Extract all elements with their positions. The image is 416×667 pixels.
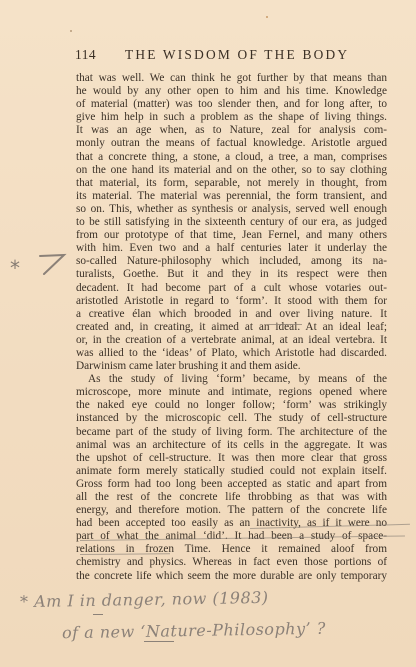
text-line: the concrete life which seem the more du… bbox=[76, 570, 387, 583]
handwritten-note-line-1: * Am I in danger, now (1983) bbox=[20, 588, 269, 611]
text-line: or, in the creation of a vertebrate anim… bbox=[76, 334, 387, 347]
text-line: animal was an architecture of its cells … bbox=[76, 439, 387, 452]
text-line: of material (matter) was too slender the… bbox=[76, 98, 387, 111]
text-line: that material, its form, separable, not … bbox=[76, 177, 387, 190]
text-line: microscope, more minute and intimate, re… bbox=[76, 386, 387, 399]
body-text: that was well. We can think he got furth… bbox=[76, 72, 387, 583]
running-title: THE WISDOM OF THE BODY bbox=[125, 47, 349, 63]
text-line: a creative élan which brooded in and ove… bbox=[76, 308, 387, 321]
text-line: so-called Nature-philosophy which includ… bbox=[76, 255, 387, 268]
pencil-underline-I bbox=[93, 614, 103, 615]
text-line: turalists, Goethe. But it and they in it… bbox=[76, 268, 387, 281]
text-line: chemistry and physics. Whereas in fact e… bbox=[76, 556, 387, 569]
pencil-underline-ideal bbox=[268, 324, 302, 325]
asterisk-margin-mark: * bbox=[10, 256, 20, 280]
text-line: aristotled Aristotle in regard to ‘form’… bbox=[76, 295, 387, 308]
text-line: As the study of living ‘form’ became, by… bbox=[76, 373, 387, 386]
text-line: to be still satisfying in the sixteenth … bbox=[76, 216, 387, 229]
pencil-arrow-icon bbox=[36, 252, 68, 276]
text-line: decadent. It had become part of a cult w… bbox=[76, 282, 387, 295]
arrow-margin-mark-icon bbox=[36, 252, 68, 280]
text-line: the naked eye could no longer follow; ‘f… bbox=[76, 399, 387, 412]
text-line: created and, in creating, it aimed at an… bbox=[76, 321, 387, 334]
text-line: give him help in such a problem as the s… bbox=[76, 111, 387, 124]
text-line: became part of the study of living form.… bbox=[76, 426, 387, 439]
paper-speck bbox=[266, 16, 268, 18]
text-line: monly outran the means of factual knowle… bbox=[76, 137, 387, 150]
text-line: that a concrete thing, a stone, a cloud,… bbox=[76, 151, 387, 164]
page-header: 114 THE WISDOM OF THE BODY bbox=[75, 47, 395, 65]
text-line: had been accepted too easily as an inact… bbox=[76, 517, 387, 530]
text-line: all the rest of the concrete life throbb… bbox=[76, 491, 387, 504]
book-page: 114 THE WISDOM OF THE BODY that was well… bbox=[0, 0, 416, 667]
text-line: Darwinism came later brushing it and the… bbox=[76, 360, 387, 373]
pencil-underline-new bbox=[144, 641, 174, 642]
text-line: It was an age when, as to Nature, zeal f… bbox=[76, 124, 387, 137]
page-number: 114 bbox=[75, 47, 96, 63]
handwritten-note-line-2: of a new ‘Nature-Philosophy’ ? bbox=[62, 619, 326, 643]
text-line: so on. This, whether as synthesis or ana… bbox=[76, 203, 387, 216]
text-line: was allied to the ‘ideas’ of Plato, whic… bbox=[76, 347, 387, 360]
text-line: the upshot of cell-structure. It was the… bbox=[76, 452, 387, 465]
text-line: he would by any other open to him and hi… bbox=[76, 85, 387, 98]
text-line: with him. Even two and a half centuries … bbox=[76, 242, 387, 255]
paper-speck bbox=[70, 30, 72, 32]
text-line: instanced by the microscopic cell. The s… bbox=[76, 412, 387, 425]
text-line: animate form merely statically studied c… bbox=[76, 465, 387, 478]
text-line: energy, and therefore motion. The patter… bbox=[76, 504, 387, 517]
text-line: Gross form had too long been accepted as… bbox=[76, 478, 387, 491]
text-line: on the one hand its material and on the … bbox=[76, 164, 387, 177]
text-line: that was well. We can think he got furth… bbox=[76, 72, 387, 85]
text-line: from our prototype of that time, Jean Fe… bbox=[76, 229, 387, 242]
text-line: its material. The material was perennial… bbox=[76, 190, 387, 203]
